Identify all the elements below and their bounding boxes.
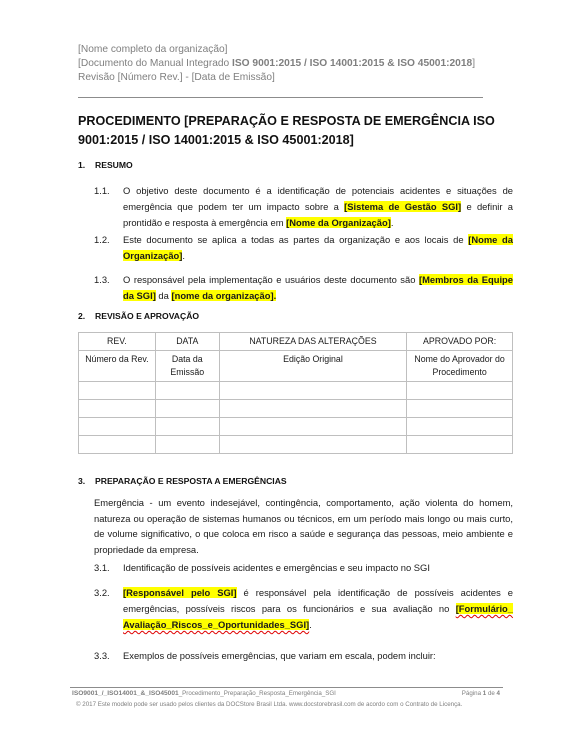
revision-line: Revisão [Número Rev.] - [Data de Emissão… — [78, 71, 475, 85]
section-heading-resumo: 1.RESUMO — [78, 160, 133, 170]
table-row: Número da Rev. Data da Emissão Edição Or… — [79, 351, 513, 382]
table-row — [79, 418, 513, 436]
col-header-aprovado: APROVADO POR: — [407, 333, 513, 351]
table-row — [79, 382, 513, 400]
list-item: 3.3. Exemplos de possíveis emergências, … — [94, 648, 513, 664]
list-item: 3.2. [Responsável pelo SGI] é responsáve… — [94, 585, 513, 633]
list-item: 1.1. O objetivo deste documento é a iden… — [94, 183, 513, 231]
list-item: 1.2. Este documento se aplica a todas as… — [94, 232, 513, 264]
placeholder-highlight: [nome da organização]. — [171, 290, 276, 301]
page-header: [Nome completo da organização] [Document… — [78, 43, 475, 85]
table-row — [79, 436, 513, 454]
col-header-rev: REV. — [79, 333, 156, 351]
org-name-line: [Nome completo da organização] — [78, 43, 475, 57]
copyright-notice: © 2017 Este modelo pode ser usado pelos … — [76, 701, 462, 708]
col-header-data: DATA — [155, 333, 219, 351]
doc-line: [Documento do Manual Integrado ISO 9001:… — [78, 57, 475, 71]
header-divider — [78, 97, 483, 98]
doc-code: ISO9001_/_ISO14001_&_ISO45001 — [72, 690, 179, 697]
col-header-natureza: NATUREZA DAS ALTERAÇÕES — [219, 333, 406, 351]
document-title: PROCEDIMENTO [PREPARAÇÃO E RESPOSTA DE E… — [78, 112, 518, 150]
revision-table: REV. DATA NATUREZA DAS ALTERAÇÕES APROVA… — [78, 332, 513, 454]
table-header-row: REV. DATA NATUREZA DAS ALTERAÇÕES APROVA… — [79, 333, 513, 351]
page-number: Página 1 de 4 — [462, 690, 500, 697]
doc-name: _Procedimento_Preparação_Resposta_Emergê… — [179, 690, 336, 697]
emergency-definition: Emergência - um evento indesejável, cont… — [94, 495, 513, 557]
placeholder-highlight: [Responsável pelo SGI] — [123, 587, 237, 598]
section-heading-revisao: 2.REVISÃO E APROVAÇÃO — [78, 311, 199, 321]
footer-divider — [70, 687, 503, 688]
page-footer: ISO9001_/_ISO14001_&_ISO45001_Procedimen… — [72, 690, 500, 697]
section-heading-preparacao: 3.PREPARAÇÃO E RESPOSTA A EMERGÊNCIAS — [78, 476, 287, 486]
placeholder-highlight: [Nome da Organização] — [286, 217, 391, 228]
placeholder-highlight: [Sistema de Gestão SGI] — [344, 201, 461, 212]
table-row — [79, 400, 513, 418]
document-page: [Nome completo da organização] [Document… — [0, 0, 572, 735]
list-item: 1.3. O responsável pela implementação e … — [94, 272, 513, 304]
list-item: 3.1. Identificação de possíveis acidente… — [94, 560, 513, 576]
